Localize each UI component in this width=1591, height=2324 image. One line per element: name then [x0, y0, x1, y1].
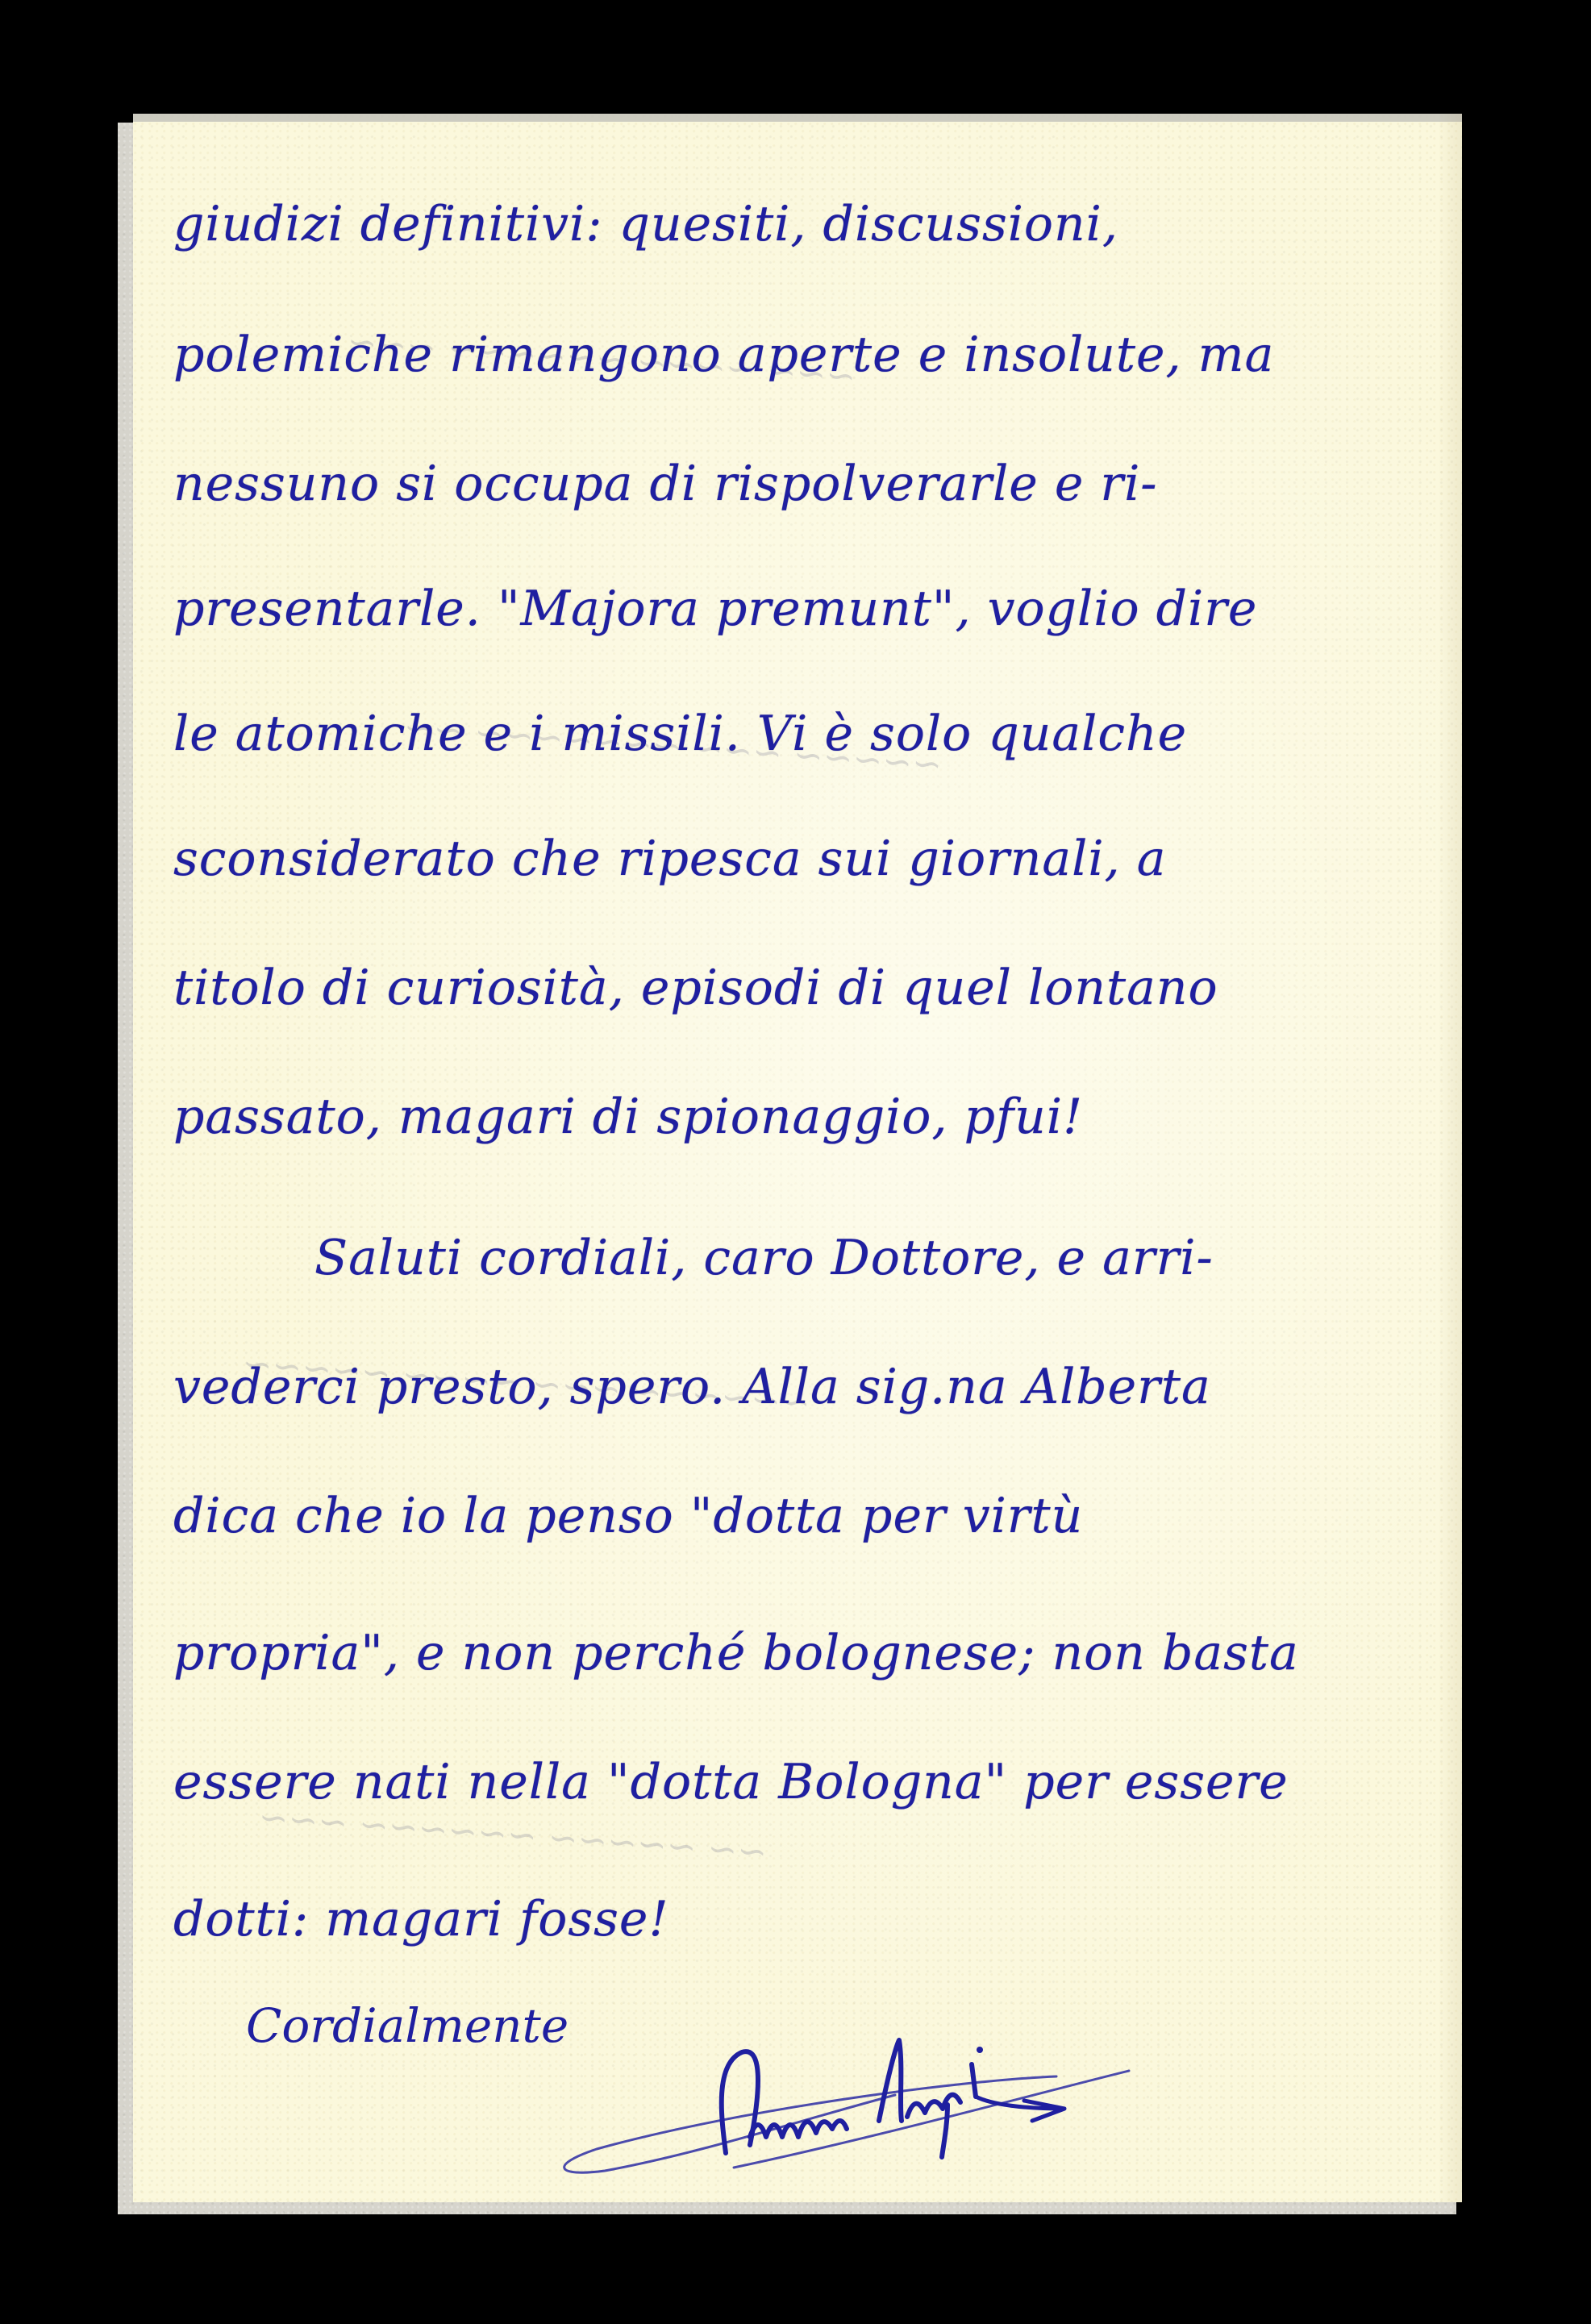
letter-line: sconsiderato che ripesca sui giornali, a	[173, 835, 1166, 883]
letter-line: vederci presto, spero. Alla sig.na Alber…	[173, 1363, 1211, 1411]
signature	[540, 2032, 1202, 2177]
letter-line: nessuno si occupa di rispolverarle e ri-	[173, 460, 1158, 508]
letter-line: presentarle. "Majora premunt", voglio di…	[173, 585, 1257, 633]
letter-line: le atomiche e i missili. Vi è solo qualc…	[173, 710, 1187, 758]
letter-line: titolo di curiosità, episodi di quel lon…	[173, 964, 1218, 1012]
letter-line: propria", e non perché bolognese; non ba…	[173, 1629, 1299, 1677]
letter-line: dotti: magari fosse!	[173, 1895, 669, 1943]
letter-page	[133, 114, 1462, 2202]
letter-line: polemiche rimangono aperte e insolute, m…	[173, 331, 1274, 379]
letter-line: Saluti cordiali, caro Dottore, e arri-	[314, 1234, 1214, 1282]
letter-line: essere nati nella "dotta Bologna" per es…	[173, 1758, 1289, 1806]
letter-line: giudizi definitivi: quesiti, discussioni…	[173, 200, 1118, 248]
letter-line: dica che io la penso "dotta per virtù	[173, 1492, 1083, 1540]
letter-line: passato, magari di spionaggio, pfui!	[173, 1093, 1083, 1141]
closing-salutation: Cordialmente	[246, 1998, 569, 2053]
